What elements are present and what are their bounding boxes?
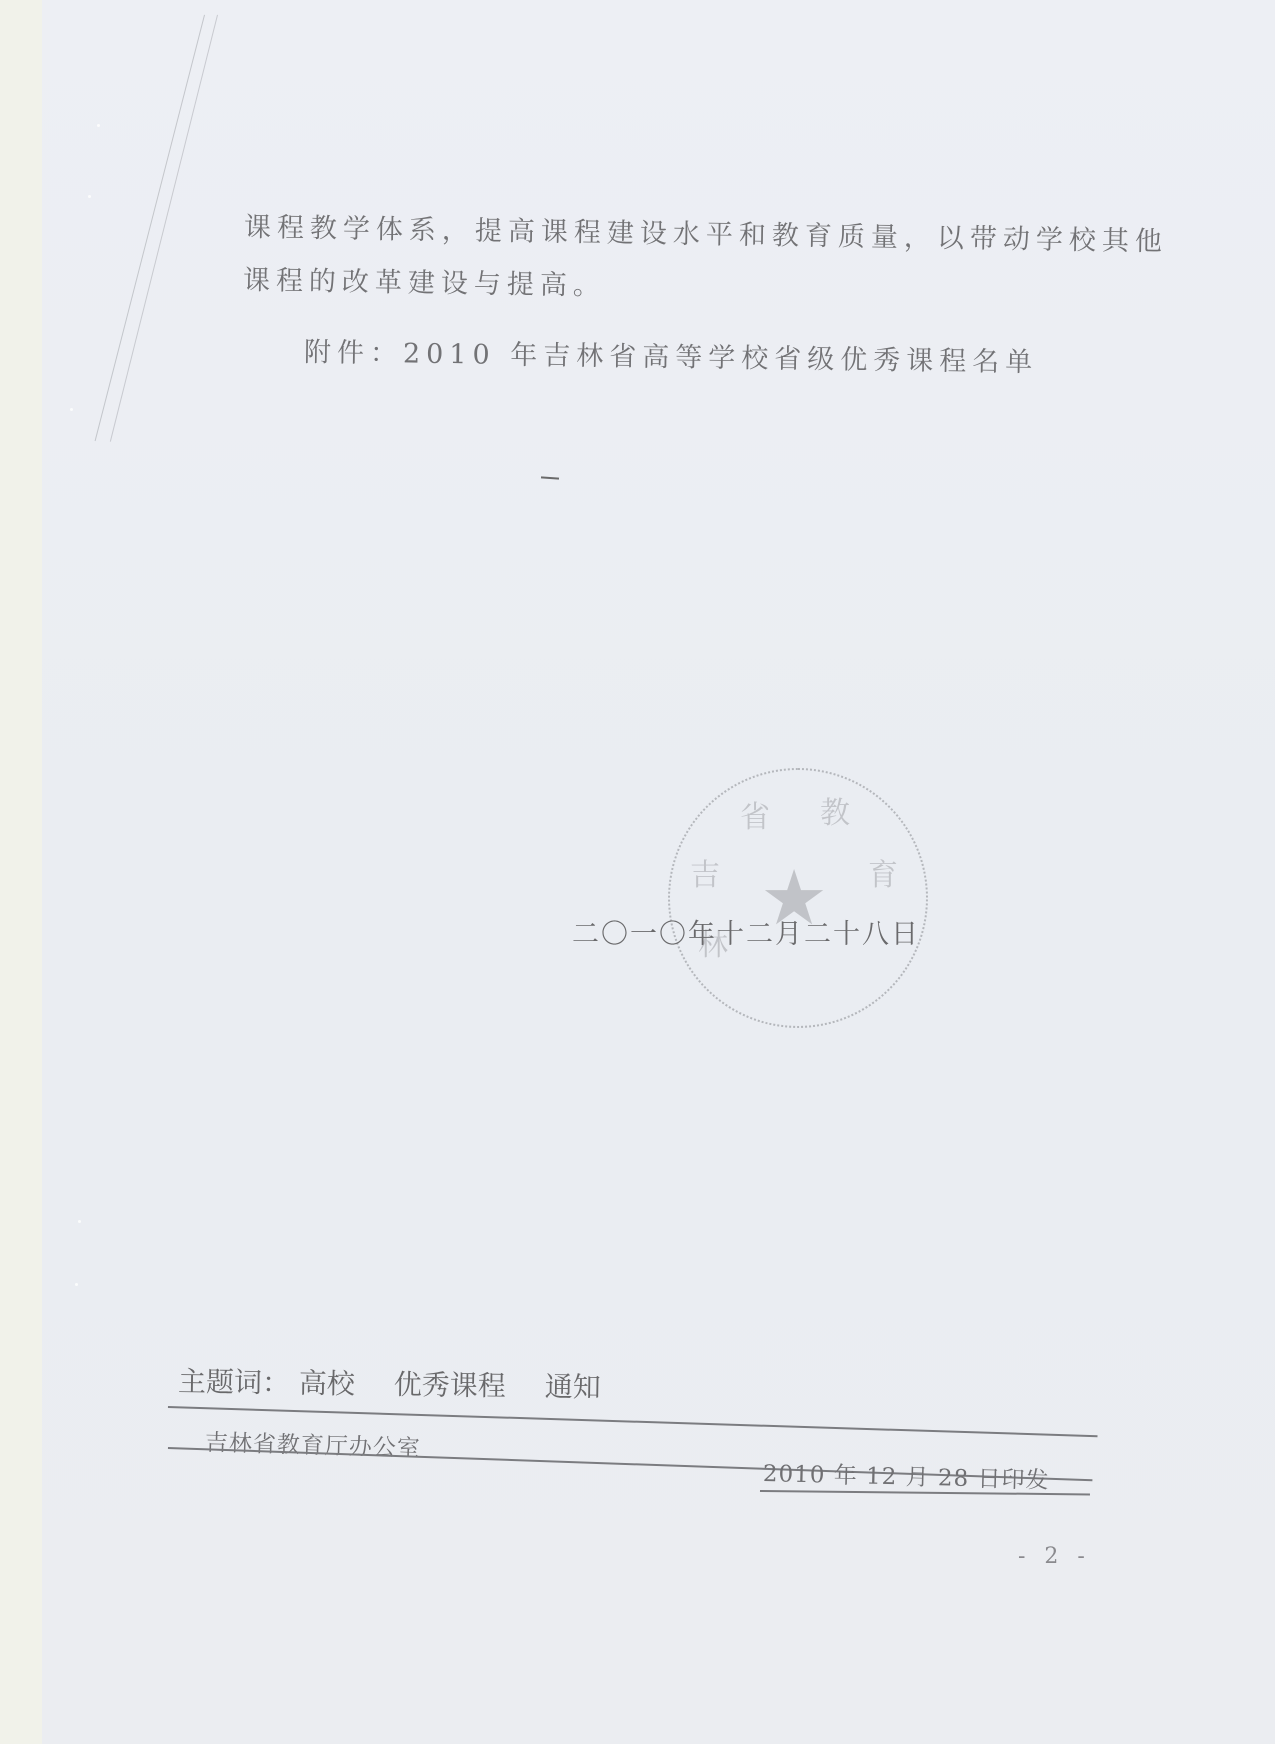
body-text-line: 课程的改革建设与提高。: [243, 258, 607, 303]
signature-date: 二〇一〇年十二月二十八日: [572, 912, 920, 951]
document-page: [42, 0, 1275, 1744]
paper-speck: [88, 195, 91, 198]
seal-glyph: 吉: [690, 850, 720, 894]
seal-glyph: 省: [740, 792, 770, 836]
attachment-label: 附件：: [304, 337, 403, 369]
seal-glyph: 教: [820, 788, 850, 832]
print-date: 2010 年 12 月 28 日印发: [763, 1455, 1050, 1495]
paper-speck: [78, 1220, 81, 1223]
keyword: 通知: [544, 1370, 600, 1404]
paper-speck: [75, 1283, 78, 1286]
paper-speck: [70, 408, 73, 411]
keyword: 优秀课程: [394, 1368, 506, 1403]
issuing-office: 吉林省教育厅办公室: [205, 1424, 422, 1463]
scan-margin-strip: [0, 0, 43, 1744]
subject-keywords: 主题词： 高校 优秀课程 通知: [178, 1360, 631, 1406]
seal-glyph: 育: [868, 850, 898, 894]
keywords-label: 主题词：: [178, 1365, 290, 1400]
page-number: - 2 -: [1018, 1544, 1091, 1569]
paper-speck: [97, 124, 100, 127]
official-seal: 省 教 吉 育 林 ★: [668, 768, 928, 1028]
keyword: 高校: [299, 1367, 355, 1401]
